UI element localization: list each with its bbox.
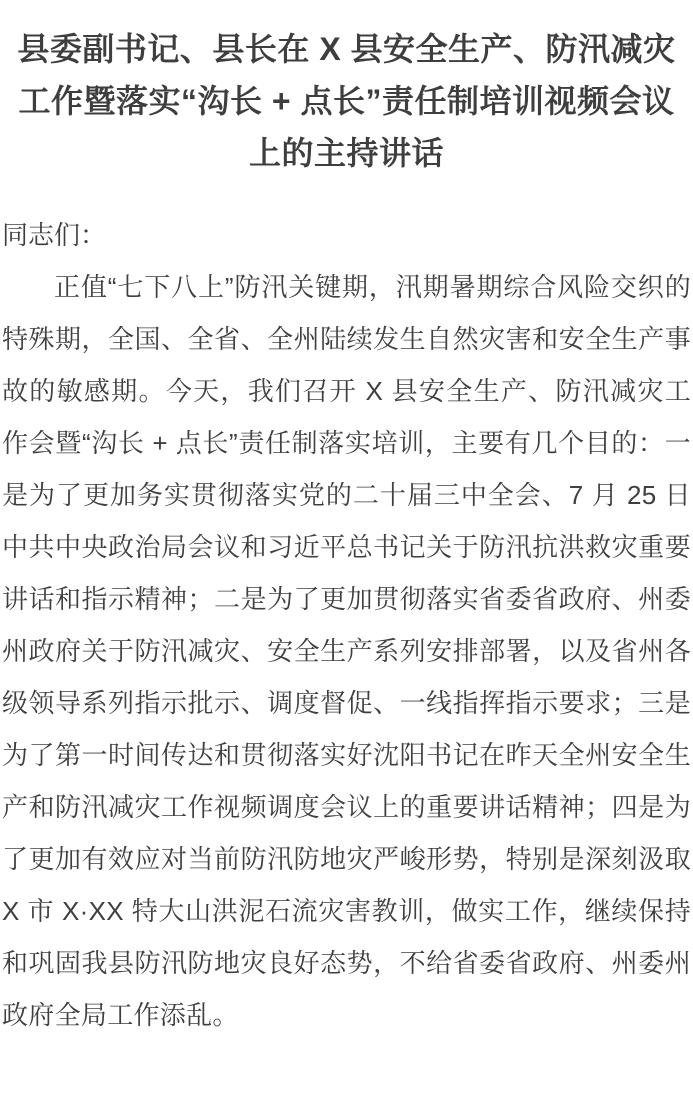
salutation: 同志们： — [2, 209, 691, 261]
document-title: 县委副书记、县长在 X 县安全生产、防汛减灾工作暨落实“沟长 + 点长”责任制培… — [8, 23, 685, 179]
paragraph-body: 正值“七下八上”防汛关键期，汛期暑期综合风险交织的特殊期，全国、全省、全州陆续发… — [2, 261, 691, 1041]
document-page: 县委副书记、县长在 X 县安全生产、防汛减灾工作暨落实“沟长 + 点长”责任制培… — [0, 0, 693, 1097]
